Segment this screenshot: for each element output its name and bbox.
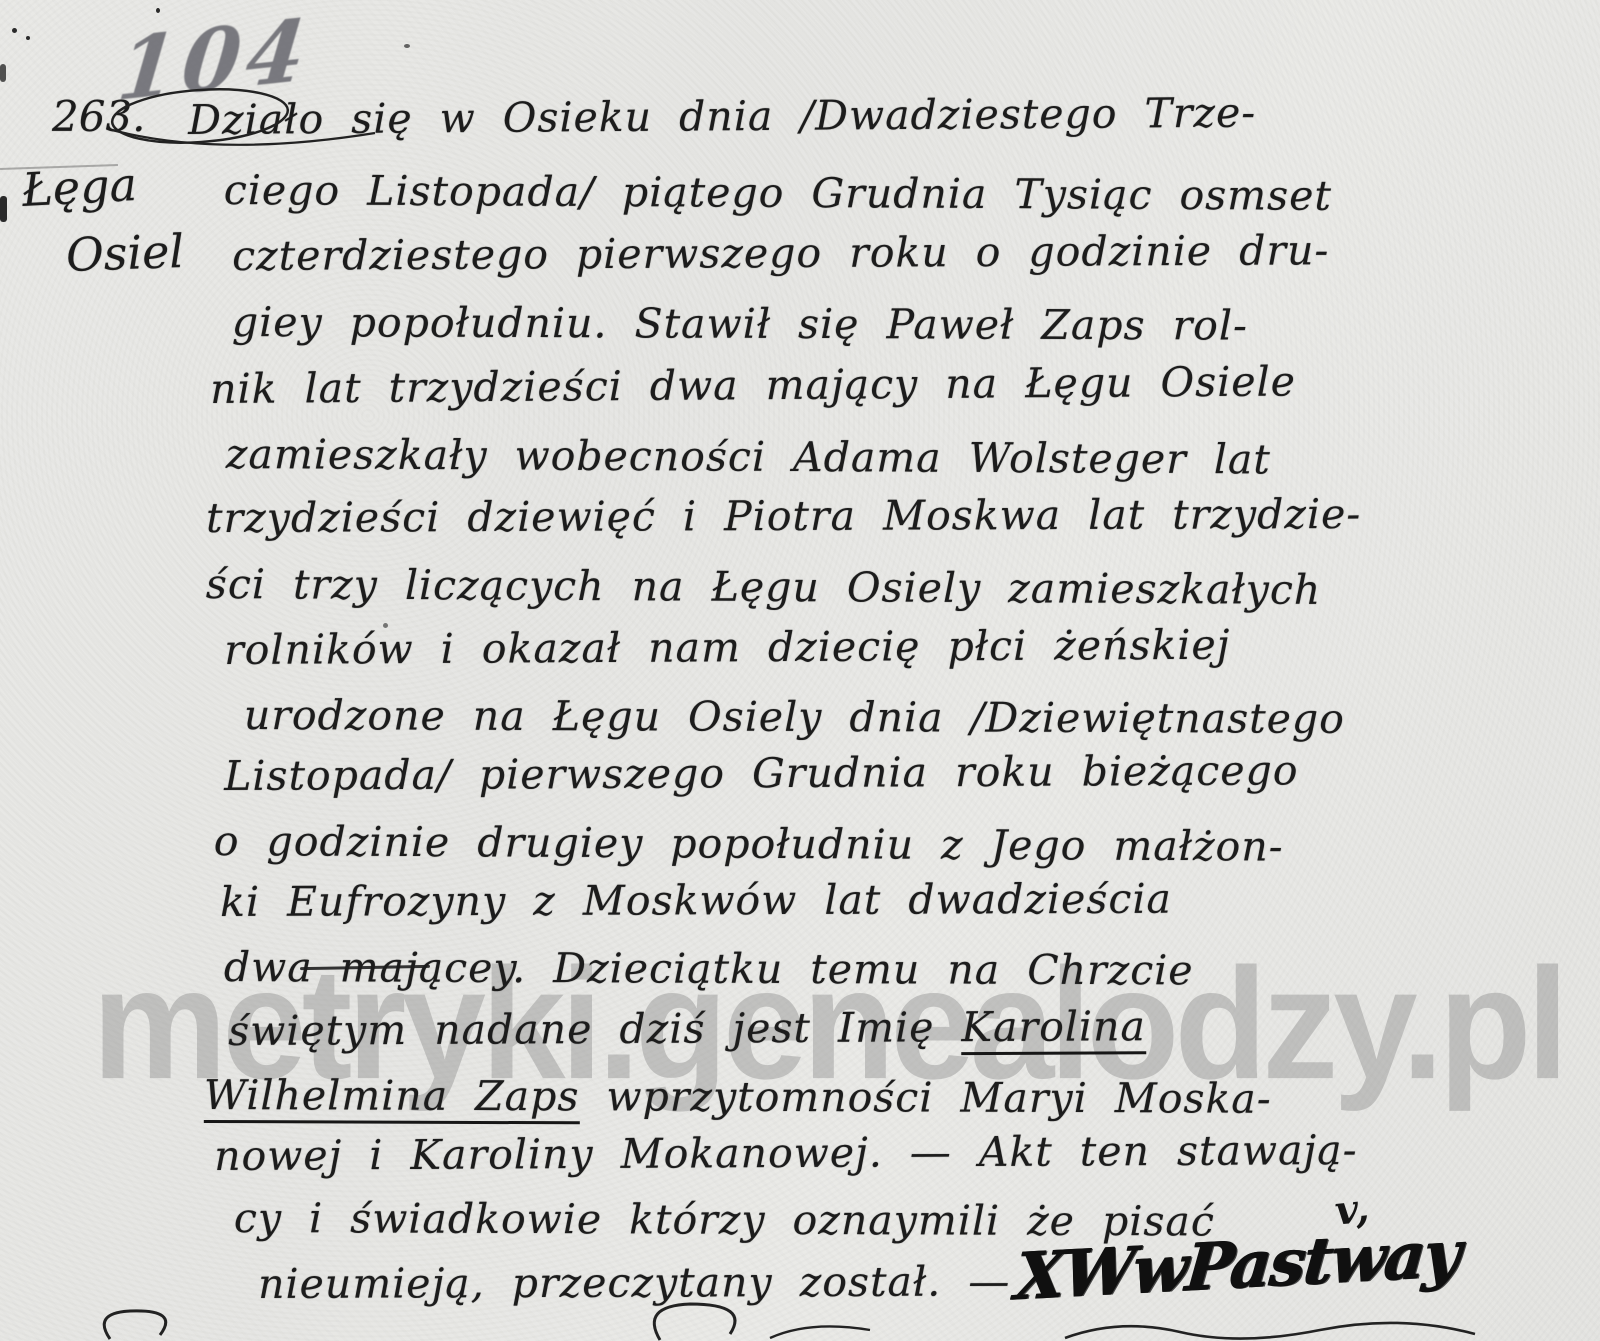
handwritten-line: świętym nadane dziś jest Imię Karolina (228, 1002, 1146, 1055)
handwritten-line: dwa mającey. Dzieciątku temu na Chrzcie (224, 943, 1194, 994)
handwritten-line: giey popołudniu. Stawił się Paweł Zaps r… (232, 298, 1248, 350)
handwritten-line: ści trzy liczących na Łęgu Osiely zamies… (206, 560, 1322, 614)
line-text: nik lat trzydzieści dwa mający na Łęgu O… (210, 357, 1296, 413)
line-text: dwa mającey. Dzieciątku temu na Chrzcie (224, 943, 1194, 994)
line-text: rolników i okazał nam dziecię płci żeńsk… (224, 621, 1231, 674)
ink-speck (12, 28, 17, 33)
line-text: giey popołudniu. Stawił się Paweł Zaps r… (232, 298, 1248, 350)
handwritten-line: nowej i Karoliny Mokanowej. — Akt ten st… (214, 1126, 1358, 1180)
handwritten-line: Listopada/ pierwszego Grudnia roku bieżą… (224, 746, 1299, 800)
handwritten-line: czterdziestego pierwszego roku o godzini… (232, 226, 1329, 280)
underlined-name-part: Wilhelmina Zaps (204, 1071, 580, 1124)
handwritten-line: Wilhelmina Zaps wprzytomności Maryi Mosk… (204, 1071, 1272, 1123)
next-record-cutoff-stroke (1060, 1316, 1480, 1341)
line-text: Listopada/ pierwszego Grudnia roku bieżą… (224, 746, 1299, 800)
handwritten-line: ki Eufrozyny z Moskwów lat dwadzieścia (220, 875, 1172, 926)
line-text: trzydzieści dziewięć i Piotra Moskwa lat… (206, 490, 1361, 542)
line-text: ciego Listopada/ piątego Grudnia Tysiąc … (224, 166, 1332, 220)
ink-scribble-oval (100, 78, 380, 168)
handwritten-line: ciego Listopada/ piątego Grudnia Tysiąc … (224, 166, 1332, 220)
line-text: wprzytomności Maryi Moska- (579, 1072, 1271, 1122)
line-text: o godzinie drugiey popołudniu z Jego mał… (214, 817, 1284, 871)
handwritten-line: nik lat trzydzieści dwa mający na Łęgu O… (210, 357, 1296, 413)
handwritten-line: urodzone na Łęgu Osiely dnia /Dziewiętna… (244, 691, 1345, 743)
next-record-cutoff-stroke (90, 1305, 350, 1341)
signature-flourish: v, (1333, 1184, 1372, 1234)
line-text: świętym nadane dziś jest Imię (228, 1003, 962, 1055)
ink-speck (26, 36, 30, 40)
handwritten-line: rolników i okazał nam dziecię płci żeńsk… (224, 621, 1231, 674)
scanned-record-page: metryki.genealodzy.pl 104 263. Łęga Osie… (0, 0, 1600, 1341)
margin-place-line2: Osiel (65, 224, 185, 282)
edge-ink-mark (0, 64, 6, 82)
line-text: czterdziestego pierwszego roku o godzini… (232, 226, 1329, 280)
line-text: urodzone na Łęgu Osiely dnia /Dziewiętna… (244, 691, 1345, 743)
ink-speck (404, 44, 410, 48)
line-text: ki Eufrozyny z Moskwów lat dwadzieścia (220, 875, 1172, 926)
ink-speck (156, 8, 160, 13)
line-text: nowej i Karoliny Mokanowej. — Akt ten st… (214, 1126, 1358, 1180)
edge-ink-mark (0, 196, 7, 222)
next-record-cutoff-stroke (620, 1300, 880, 1341)
line-text: zamieszkały wobecności Adama Wolsteger l… (226, 430, 1271, 483)
handwritten-line: trzydzieści dziewięć i Piotra Moskwa lat… (206, 490, 1361, 542)
handwritten-line: o godzinie drugiey popołudniu z Jego mał… (214, 817, 1284, 871)
underlined-name-part: Karolina (961, 1002, 1146, 1055)
line-text: ści trzy liczących na Łęgu Osiely zamies… (206, 560, 1322, 614)
handwritten-line: zamieszkały wobecności Adama Wolsteger l… (226, 430, 1271, 483)
